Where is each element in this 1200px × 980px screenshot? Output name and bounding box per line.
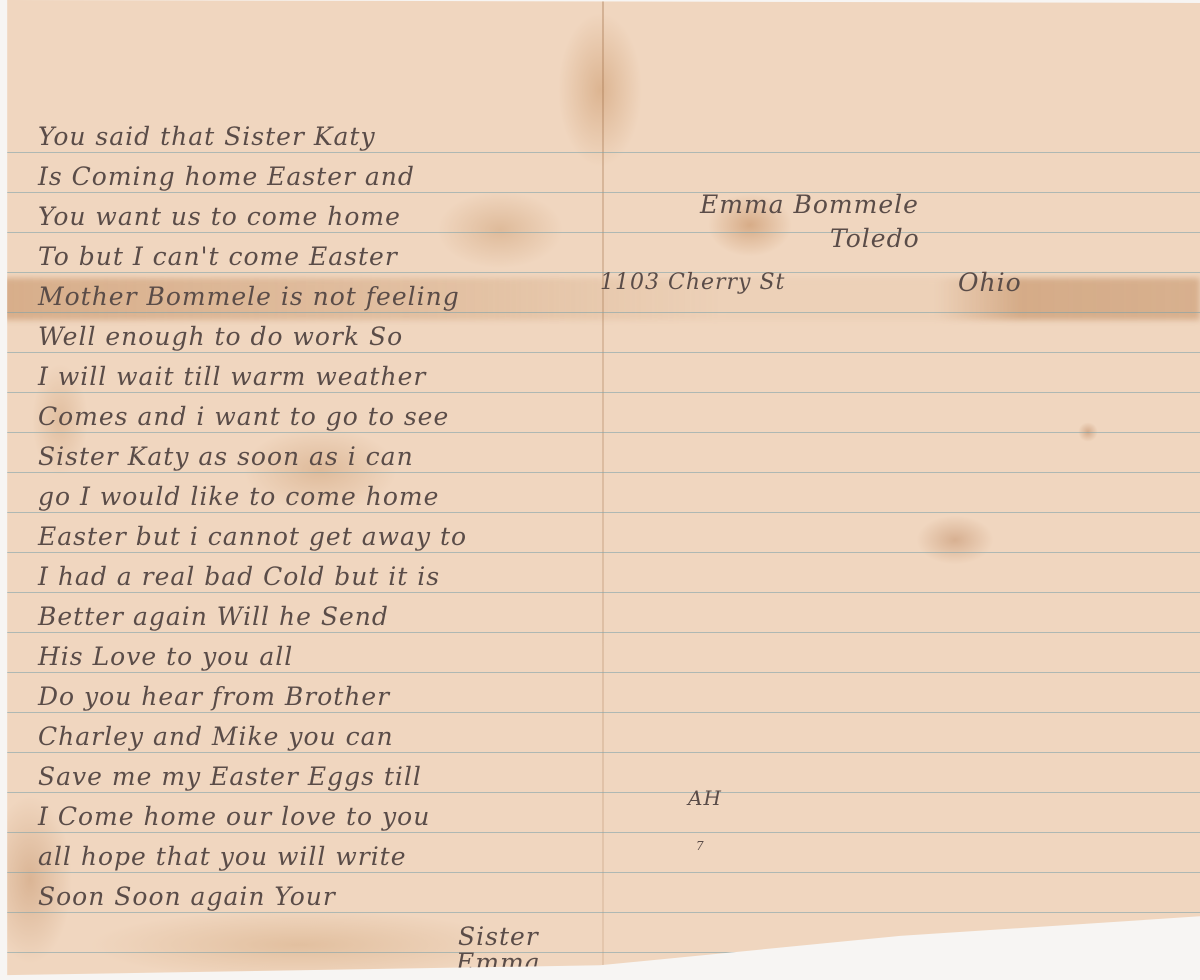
letter-line: Comes and i want to go to see (38, 404, 449, 429)
ruled-line (0, 672, 1200, 673)
ruled-line (0, 872, 1200, 873)
center-fold (602, 0, 604, 980)
ruled-line (0, 712, 1200, 713)
address-street: 1103 Cherry St (600, 272, 785, 294)
ruled-line (0, 632, 1200, 633)
letter-line: His Love to you all (38, 644, 293, 669)
ruled-line (0, 192, 1200, 193)
letter-closing: Sister (458, 924, 539, 949)
letter-line: Do you hear from Brother (38, 684, 390, 709)
letter-line: Soon Soon again Your (38, 884, 336, 909)
ruled-line (0, 472, 1200, 473)
letter-line: Is Coming home Easter and (38, 164, 415, 189)
letter-line: You said that Sister Katy (38, 124, 376, 149)
letter-line: Mother Bommele is not feeling (38, 284, 460, 309)
ruled-line (0, 592, 1200, 593)
ruled-line (0, 792, 1200, 793)
ruled-line (0, 312, 1200, 313)
ruled-line (0, 512, 1200, 513)
ruled-line (0, 832, 1200, 833)
letter-line: Easter but i cannot get away to (38, 524, 467, 549)
letter-line: Save me my Easter Eggs till (38, 764, 422, 789)
ruled-line (0, 432, 1200, 433)
address-name: Emma Bommele (700, 192, 919, 217)
ruled-line (0, 752, 1200, 753)
letter-line: Better again Will he Send (38, 604, 389, 629)
letter-line: I Come home our love to you (38, 804, 430, 829)
ruled-line (0, 232, 1200, 233)
ruled-line (0, 552, 1200, 553)
small-mark: 7 (696, 840, 705, 852)
ruled-line (0, 152, 1200, 153)
ruled-line (0, 392, 1200, 393)
letter-line: Sister Katy as soon as i can (38, 444, 414, 469)
letter-line: Charley and Mike you can (38, 724, 394, 749)
address-city: Toledo (830, 226, 920, 251)
letter-paper: You said that Sister Katy Is Coming home… (0, 0, 1200, 980)
letter-line: I will wait till warm weather (38, 364, 426, 389)
address-state: Ohio (958, 270, 1022, 295)
ruled-line (0, 912, 1200, 913)
letter-line: I had a real bad Cold but it is (38, 564, 440, 589)
letter-signature: Emma (456, 950, 541, 975)
ruled-line (0, 952, 1200, 953)
letter-line: Well enough to do work So (38, 324, 403, 349)
letter-line: You want us to come home (38, 204, 401, 229)
letter-line: all hope that you will write (38, 844, 407, 869)
letter-line: go I would like to come home (38, 484, 439, 509)
scribble-mark: AH (688, 788, 722, 808)
letter-line: To but I can't come Easter (38, 244, 398, 269)
ruled-line (0, 352, 1200, 353)
